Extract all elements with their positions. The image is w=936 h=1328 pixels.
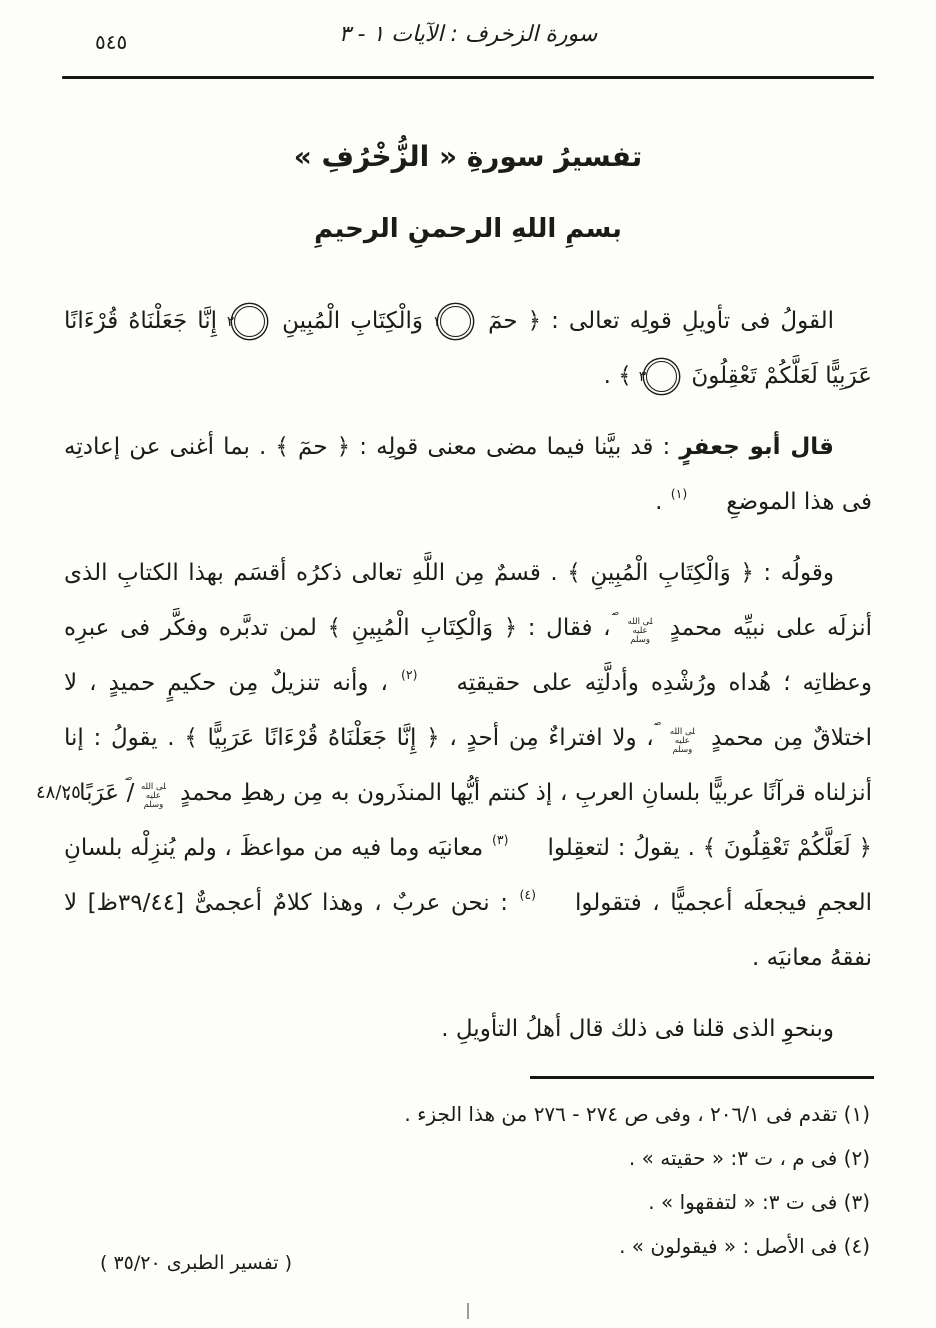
- footnote: (١) تقدم فى ٢٠٦/١ ، وفى ص ٢٧٤ - ٢٧٦ من ه…: [66, 1092, 870, 1136]
- paragraph-abu-jafar: قال أبو جعفرٍ : قد بيَّنا فيما مضى معنى …: [64, 420, 872, 530]
- aya-number-marker: ١: [440, 306, 471, 337]
- body-text: . يقولُ : لتعقِلوا: [547, 835, 702, 861]
- speaker-name: قال أبو جعفرٍ: [679, 434, 834, 460]
- footnote: (٣) فى ت ٣: « لتفقهوا » .: [66, 1180, 870, 1224]
- body-text: : قد بيَّنا فيما مضى معنى قولِه :: [350, 434, 679, 460]
- body-text: القولُ فى تأويلِ قولِه تعالى :: [541, 308, 834, 334]
- body-text-block: القولُ فى تأويلِ قولِه تعالى : ﴿ حمٓ ١ و…: [64, 294, 872, 1073]
- running-title: سورة الزخرف : الآيات ١ - ٣: [0, 22, 936, 47]
- surah-title: تفسيرُ سورةِ « الزُّخْرُفِ »: [0, 140, 936, 173]
- margin-folio-note: ٤٨/٢٥: [36, 782, 81, 803]
- body-text: وقولُه :: [754, 560, 834, 586]
- quran-text: ﴿ وَالْكِتَابِ الْمُبِينِ ﴾: [328, 615, 518, 641]
- book-page: ٥٤٥ سورة الزخرف : الآيات ١ - ٣ تفسيرُ سو…: [0, 0, 936, 1328]
- quran-text: ﴿ إِنَّا جَعَلْنَاهُ قُرْءَانًا عَرَبِيً…: [184, 725, 439, 751]
- quran-text: ﴾: [618, 363, 639, 389]
- salawat-mark: صلى الله عليه وسلم: [665, 719, 699, 755]
- footnotes-block: (١) تقدم فى ٢٠٦/١ ، وفى ص ٢٧٤ - ٢٧٦ من ه…: [66, 1092, 870, 1268]
- paragraph-conclusion: وبنحوِ الذى قلنا فى ذلك قال أهلُ التأويل…: [64, 1002, 872, 1057]
- aya-number-marker: ٣: [646, 361, 677, 392]
- body-text: .: [655, 489, 670, 515]
- body-text: .: [604, 363, 619, 389]
- footnote-separator: [530, 1076, 874, 1079]
- aya-number-marker: ٢: [234, 306, 265, 337]
- body-text: ، فقال :: [517, 615, 621, 641]
- paragraph-commentary: وقولُه : ﴿ وَالْكِتَابِ الْمُبِينِ ﴾ . ق…: [64, 546, 872, 986]
- header-rule: [62, 76, 874, 79]
- salawat-mark: صلى الله عليه وسلم: [136, 774, 170, 810]
- salawat-mark: صلى الله عليه وسلم: [623, 609, 657, 645]
- paragraph-quran-citation: القولُ فى تأويلِ قولِه تعالى : ﴿ حمٓ ١ و…: [64, 294, 872, 404]
- quran-text: ﴿ حمٓ: [478, 308, 541, 334]
- volume-signature-mark: ( تفسير الطبرى ٣٥/٢٠ ): [100, 1252, 292, 1274]
- scan-artifact: [467, 1303, 469, 1319]
- basmala: بسمِ اللهِ الرحمنِ الرحيمِ: [0, 214, 936, 244]
- quran-text: ﴿ لَعَلَّكُمْ تَعْقِلُونَ ﴾: [703, 835, 872, 861]
- quran-text: وَالْكِتَابِ الْمُبِينِ: [272, 308, 433, 334]
- body-text: وبنحوِ الذى قلنا فى ذلك قال أهلُ التأويل…: [441, 1016, 834, 1042]
- body-text: ، ولا افتراءٌ مِن أحدٍ ،: [440, 725, 664, 751]
- quran-text: ﴿ حمٓ ﴾: [275, 434, 350, 460]
- footnote: (٢) فى م ، ت ٣: « حقيته » .: [66, 1136, 870, 1180]
- quran-text: ﴿ وَالْكِتَابِ الْمُبِينِ ﴾: [567, 560, 754, 586]
